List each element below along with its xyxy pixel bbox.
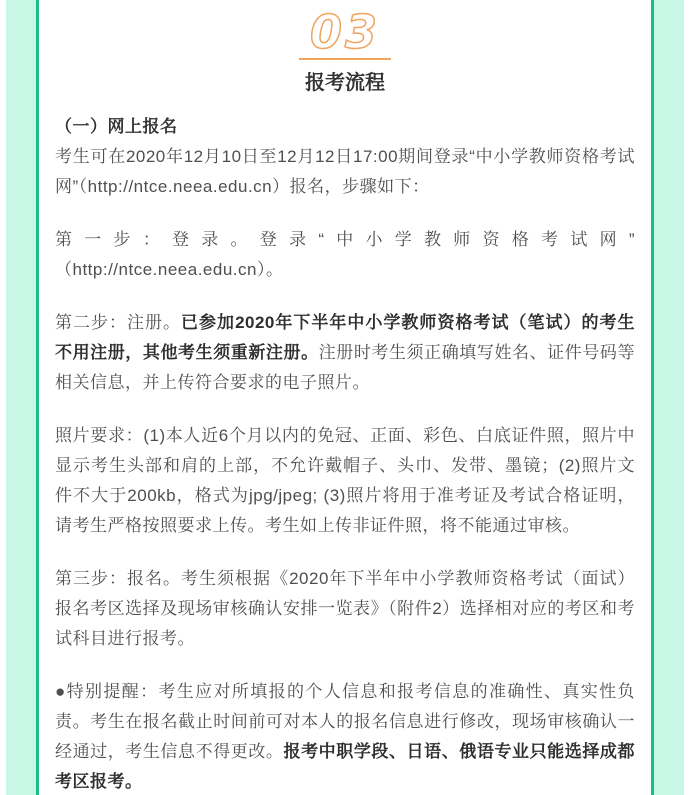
step2-intro-text: 第二步：注册。 <box>55 313 181 332</box>
section-number: 03 <box>55 6 635 58</box>
step1-login-url: （http://ntce.neea.edu.cn）。 <box>55 255 635 285</box>
step1-login-line1: 第一步：登录。登录“中小学教师资格考试网” <box>55 225 635 255</box>
paragraph-step1-login: 第一步：登录。登录“中小学教师资格考试网” （http://ntce.neea.… <box>55 225 635 285</box>
registration-period-text: 考生可在2020年12月10日至12月12日17:00期间登录“中小学教师资格考… <box>55 147 635 196</box>
paragraph-registration-period: 考生可在2020年12月10日至12月12日17:00期间登录“中小学教师资格考… <box>55 142 635 202</box>
step3-apply-text: 第三步：报名。考生须根据《2020年下半年中小学教师资格考试（面试）报名考区选择… <box>55 569 635 648</box>
right-border-ribbon <box>651 0 684 795</box>
section-title: 报考流程 <box>55 68 635 98</box>
article: 03 报考流程 （一）网上报名 考生可在2020年12月10日至12月12日17… <box>42 0 648 795</box>
left-border-ribbon <box>6 0 39 795</box>
paragraph-step2-register: 第二步：注册。已参加2020年下半年中小学教师资格考试（笔试）的考生不用注册，其… <box>55 308 635 398</box>
paragraph-step3-apply: 第三步：报名。考生须根据《2020年下半年中小学教师资格考试（面试）报名考区选择… <box>55 564 635 654</box>
subsection-heading-online-registration: （一）网上报名 <box>55 112 635 142</box>
paragraph-photo-requirements: 照片要求：(1)本人近6个月以内的免冠、正面、彩色、白底证件照，照片中显示考生头… <box>55 421 635 541</box>
photo-requirements-text: 照片要求：(1)本人近6个月以内的免冠、正面、彩色、白底证件照，照片中显示考生头… <box>55 426 635 535</box>
paragraph-special-reminder: ●特别提醒：考生应对所填报的个人信息和报考信息的准确性、真实性负责。考生在报名截… <box>55 677 635 795</box>
